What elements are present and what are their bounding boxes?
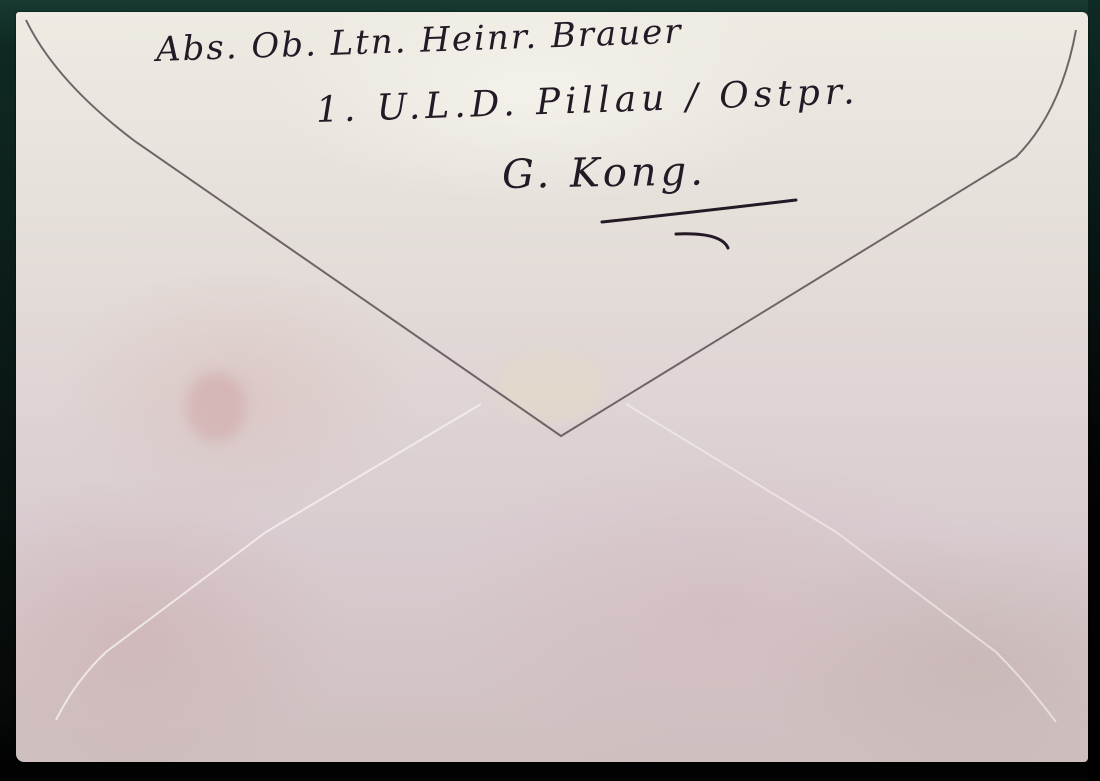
backdrop-shadow-right	[1088, 0, 1100, 781]
backdrop-shadow-bottom	[0, 760, 1100, 781]
envelope-back: Abs. Ob. Ltn. Heinr. Brauer 1. U.L.D. Pi…	[16, 12, 1088, 762]
signature-underline	[16, 12, 1088, 762]
